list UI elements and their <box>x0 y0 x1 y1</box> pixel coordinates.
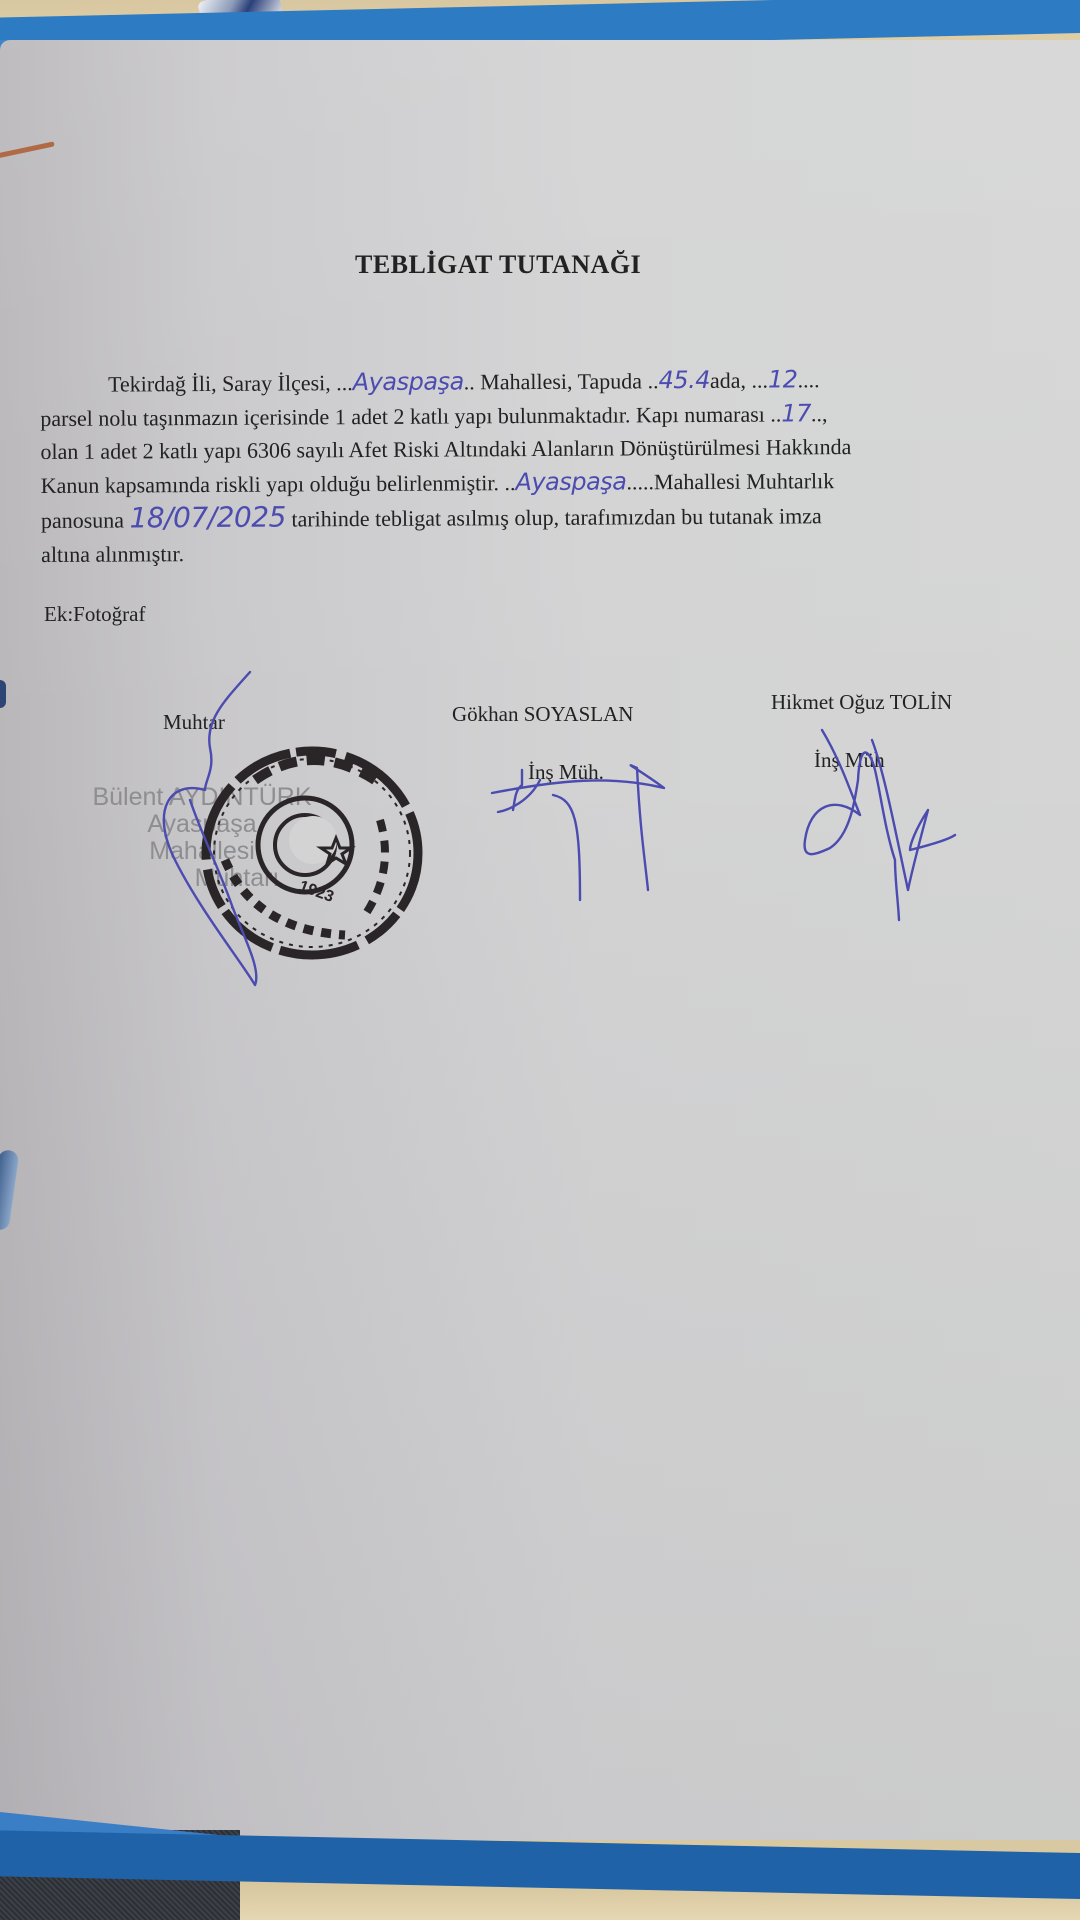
attachment-note: Ek:Fotoğraf <box>44 602 145 627</box>
handwritten-parsel: 12 <box>768 365 798 393</box>
signatures-layer <box>0 0 1080 1920</box>
gokhan-signature-icon <box>492 765 664 900</box>
body-line-5: panosuna 18/07/2025 tarihinde tebligat a… <box>41 496 1013 537</box>
handwritten-ada: 45.4 <box>658 366 710 394</box>
body-line-6: altına alınmıştır. <box>41 532 1013 571</box>
handwritten-kapi-no: 17 <box>781 399 811 427</box>
document: TEBLİGAT TUTANAĞI Tekirdağ İli, Saray İl… <box>0 0 1080 1920</box>
document-body: Tekirdağ İli, Saray İlçesi, ...Ayaspaşa.… <box>40 362 1013 571</box>
signatory-name-gokhan: Gökhan SOYASLAN <box>452 702 633 727</box>
muhtar-label: Muhtar <box>163 710 225 735</box>
signatory-title-hikmet: İnş Müh <box>814 748 885 773</box>
handwritten-mahalle: Ayaspaşa <box>353 367 464 396</box>
signatory-name-hikmet: Hikmet Oğuz TOLİN <box>771 690 952 715</box>
handwritten-mahalle-2: Ayaspaşa <box>515 467 626 496</box>
document-title: TEBLİGAT TUTANAĞI <box>355 250 641 280</box>
handwritten-date: 18/07/2025 <box>129 501 286 535</box>
official-seal-icon: 1923 <box>195 740 430 965</box>
signatory-title-gokhan: İnş Müh. <box>528 760 604 785</box>
